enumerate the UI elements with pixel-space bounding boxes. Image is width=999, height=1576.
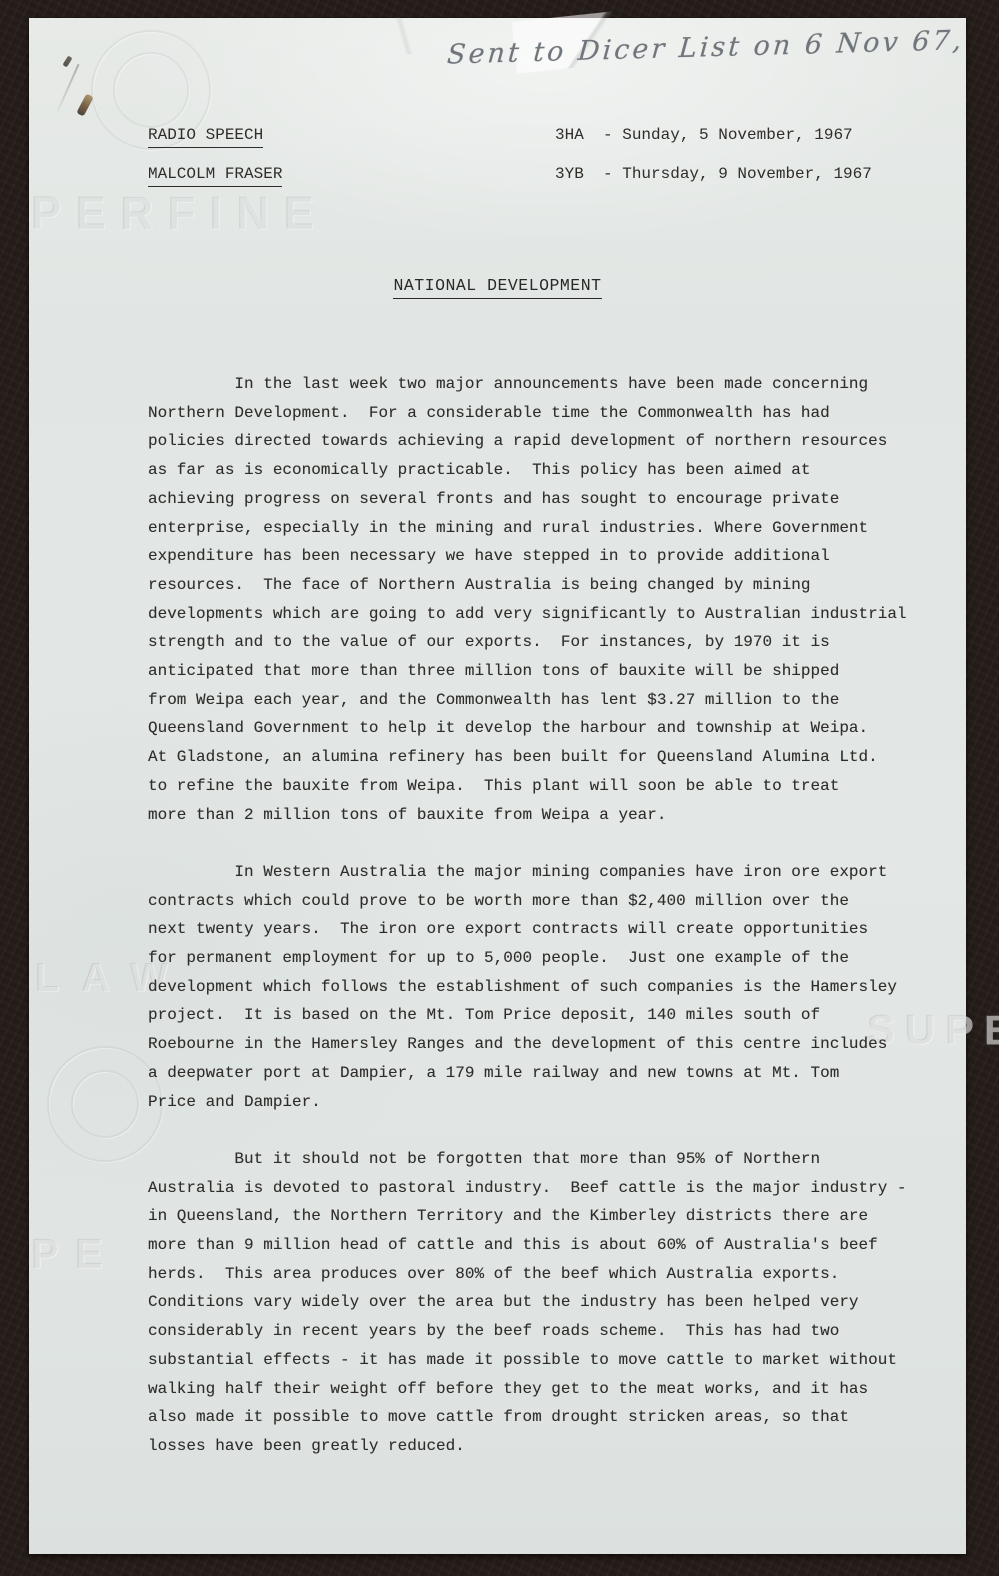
- body-line: project. It is based on the Mt. Tom Pric…: [148, 1001, 938, 1030]
- watermark-emblem-bottom-inner: [71, 1070, 139, 1138]
- document-title-text: NATIONAL DEVELOPMENT: [393, 276, 601, 299]
- paragraph: In Western Australia the major mining co…: [148, 858, 938, 1116]
- body-line: Price and Dampier.: [148, 1088, 938, 1117]
- body-line: substantial effects - it has made it pos…: [148, 1346, 938, 1375]
- paragraph: In the last week two major announcements…: [148, 370, 938, 829]
- body-line: anticipated that more than three million…: [148, 657, 938, 686]
- body-line: achieving progress on several fronts and…: [148, 485, 938, 514]
- body-line: more than 9 million head of cattle and t…: [148, 1231, 938, 1260]
- header-label-speaker: MALCOLM FRASER: [148, 165, 282, 187]
- staple-mark-top: [62, 56, 72, 68]
- body-line: resources. The face of Northern Australi…: [148, 571, 938, 600]
- header-broadcast-1: 3HA - Sunday, 5 November, 1967: [555, 126, 853, 144]
- body-line: expenditure has been necessary we have s…: [148, 542, 938, 571]
- header-label-radio-speech: RADIO SPEECH: [148, 126, 263, 148]
- header-row-1: RADIO SPEECH 3HA - Sunday, 5 November, 1…: [148, 126, 930, 146]
- body-line: Roebourne in the Hamersley Ranges and th…: [148, 1030, 938, 1059]
- paper-crease-2: [358, 15, 450, 57]
- body-line: In the last week two major announcements…: [148, 370, 938, 399]
- watermark-emblem-bottom: [47, 1046, 163, 1162]
- watermark-text-top-left: PERFINE: [31, 186, 328, 240]
- body-line: from Weipa each year, and the Commonweal…: [148, 686, 938, 715]
- body-line: as far as is economically practicable. T…: [148, 456, 938, 485]
- body-line: At Gladstone, an alumina refinery has be…: [148, 743, 938, 772]
- body-line: next twenty years. The iron ore export c…: [148, 915, 938, 944]
- body-line: also made it possible to move cattle fro…: [148, 1403, 938, 1432]
- document-title: NATIONAL DEVELOPMENT: [29, 276, 966, 295]
- watermark-emblem-top-inner: [113, 52, 189, 128]
- body-line: Conditions vary widely over the area but…: [148, 1288, 938, 1317]
- body-line: Queensland Government to help it develop…: [148, 714, 938, 743]
- header-row-2: MALCOLM FRASER 3YB - Thursday, 9 Novembe…: [148, 165, 930, 185]
- body-line: developments which are going to add very…: [148, 600, 938, 629]
- body-line: In Western Australia the major mining co…: [148, 858, 938, 887]
- body-line: to refine the bauxite from Weipa. This p…: [148, 772, 938, 801]
- body-line: But it should not be forgotten that more…: [148, 1145, 938, 1174]
- document-header: RADIO SPEECH 3HA - Sunday, 5 November, 1…: [148, 126, 930, 185]
- body-line: losses have been greatly reduced.: [148, 1432, 938, 1461]
- body-line: considerably in recent years by the beef…: [148, 1317, 938, 1346]
- header-broadcast-2: 3YB - Thursday, 9 November, 1967: [555, 165, 872, 183]
- body-line: walking half their weight off before the…: [148, 1375, 938, 1404]
- paragraph: But it should not be forgotten that more…: [148, 1145, 938, 1461]
- rust-mark: [76, 93, 93, 116]
- body-line: Australia is devoted to pastoral industr…: [148, 1174, 938, 1203]
- document-paper: PERFINE LAW SUPE PE Sent to Dicer List o…: [29, 18, 966, 1554]
- body-line: strength and to the value of our exports…: [148, 628, 938, 657]
- handwritten-note: Sent to Dicer List on 6 Nov 67,: [446, 24, 988, 70]
- body-line: herds. This area produces over 80% of th…: [148, 1260, 938, 1289]
- body-text: In the last week two major announcements…: [148, 370, 938, 1461]
- body-line: a deepwater port at Dampier, a 179 mile …: [148, 1059, 938, 1088]
- body-line: Northern Development. For a considerable…: [148, 399, 938, 428]
- body-line: enterprise, especially in the mining and…: [148, 514, 938, 543]
- body-line: in Queensland, the Northern Territory an…: [148, 1202, 938, 1231]
- body-line: development which follows the establishm…: [148, 973, 938, 1002]
- body-line: contracts which could prove to be worth …: [148, 887, 938, 916]
- watermark-text-bottom-left: PE: [31, 1230, 119, 1278]
- body-line: for permanent employment for up to 5,000…: [148, 944, 938, 973]
- page-background: PERFINE LAW SUPE PE Sent to Dicer List o…: [0, 0, 999, 1576]
- staple-scratch-mark: [57, 64, 80, 112]
- body-line: policies directed towards achieving a ra…: [148, 427, 938, 456]
- body-line: more than 2 million tons of bauxite from…: [148, 801, 938, 830]
